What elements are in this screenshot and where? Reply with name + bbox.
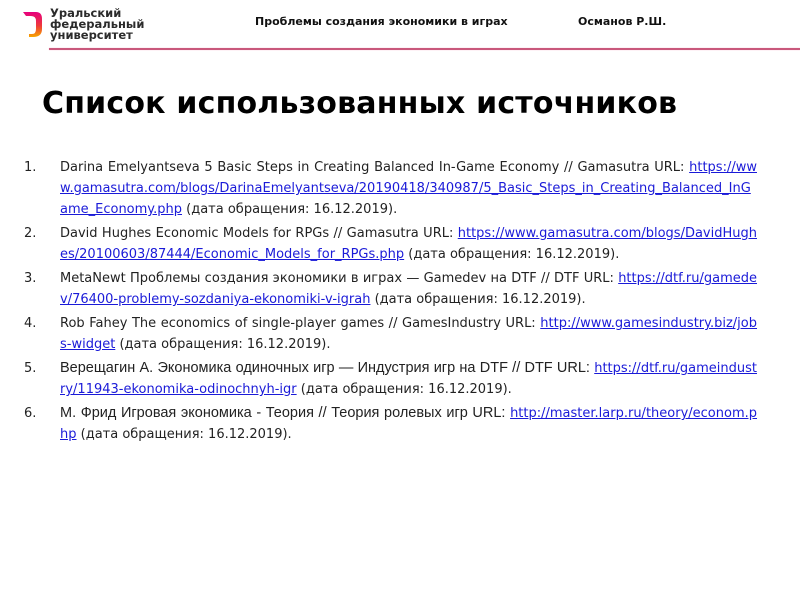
reference-item: 6.М. Фрид Игровая экономика - Теория // …	[22, 403, 757, 445]
reference-item: 4.Rob Fahey The economics of single-play…	[22, 313, 757, 355]
reference-item: 1.Darina Emelyantseva 5 Basic Steps in C…	[22, 157, 757, 220]
presentation-title: Проблемы создания экономики в играх	[255, 15, 508, 28]
reference-text: Rob Fahey The economics of single-player…	[60, 316, 540, 331]
reference-number: 5.	[24, 358, 36, 379]
page-title: Список использованных источников	[42, 86, 677, 121]
reference-text: Darina Emelyantseva 5 Basic Steps in Cre…	[60, 160, 689, 175]
urfu-logo-icon	[22, 9, 46, 39]
references-list: 1.Darina Emelyantseva 5 Basic Steps in C…	[22, 157, 757, 448]
reference-number: 4.	[24, 313, 36, 334]
reference-item: 5.Верещагин А. Экономика одиночных игр —…	[22, 358, 757, 400]
reference-number: 3.	[24, 268, 36, 289]
author-name: Османов Р.Ш.	[578, 15, 666, 28]
reference-item: 2.David Hughes Economic Models for RPGs …	[22, 223, 757, 265]
reference-access-date: (дата обращения: 16.12.2019).	[77, 427, 292, 442]
reference-text: MetaNewt Проблемы создания экономики в и…	[60, 271, 618, 286]
reference-text: Верещагин А. Экономика одиночных игр — И…	[60, 360, 594, 376]
reference-access-date: (дата обращения: 16.12.2019).	[297, 382, 512, 397]
reference-item: 3.MetaNewt Проблемы создания экономики в…	[22, 268, 757, 310]
reference-access-date: (дата обращения: 16.12.2019).	[370, 292, 585, 307]
reference-access-date: (дата обращения: 16.12.2019).	[182, 202, 397, 217]
reference-number: 6.	[24, 403, 36, 424]
reference-number: 2.	[24, 223, 36, 244]
university-name: Уральский федеральный университет	[50, 8, 144, 41]
reference-text: М. Фрид Игровая экономика - Теория // Те…	[60, 405, 510, 421]
reference-text: David Hughes Economic Models for RPGs //…	[60, 226, 458, 241]
reference-number: 1.	[24, 157, 36, 178]
reference-access-date: (дата обращения: 16.12.2019).	[115, 337, 330, 352]
header-divider	[49, 48, 800, 50]
reference-access-date: (дата обращения: 16.12.2019).	[404, 247, 619, 262]
university-name-line: университет	[50, 30, 144, 41]
